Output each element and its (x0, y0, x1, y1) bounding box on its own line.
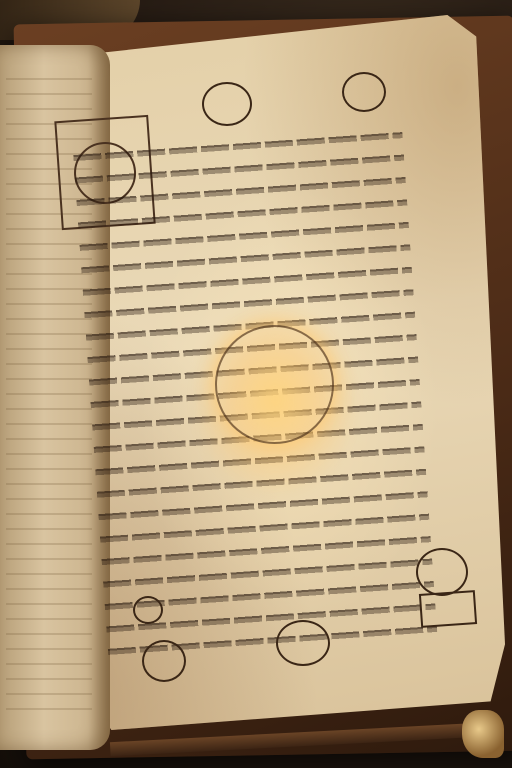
sigil-bottom-center-icon (276, 620, 330, 666)
glowing-sigil-icon (215, 325, 334, 444)
brass-trinket (462, 710, 504, 758)
sigil-bottom-right-icon (416, 548, 468, 596)
book-photograph (0, 0, 512, 768)
sigil-top-icon (202, 82, 252, 126)
cross-circle-icon (133, 596, 163, 624)
sigil-top-right-icon (342, 72, 386, 112)
box-sigil-icon (419, 590, 477, 628)
sigil-bottom-left-icon (142, 640, 186, 682)
